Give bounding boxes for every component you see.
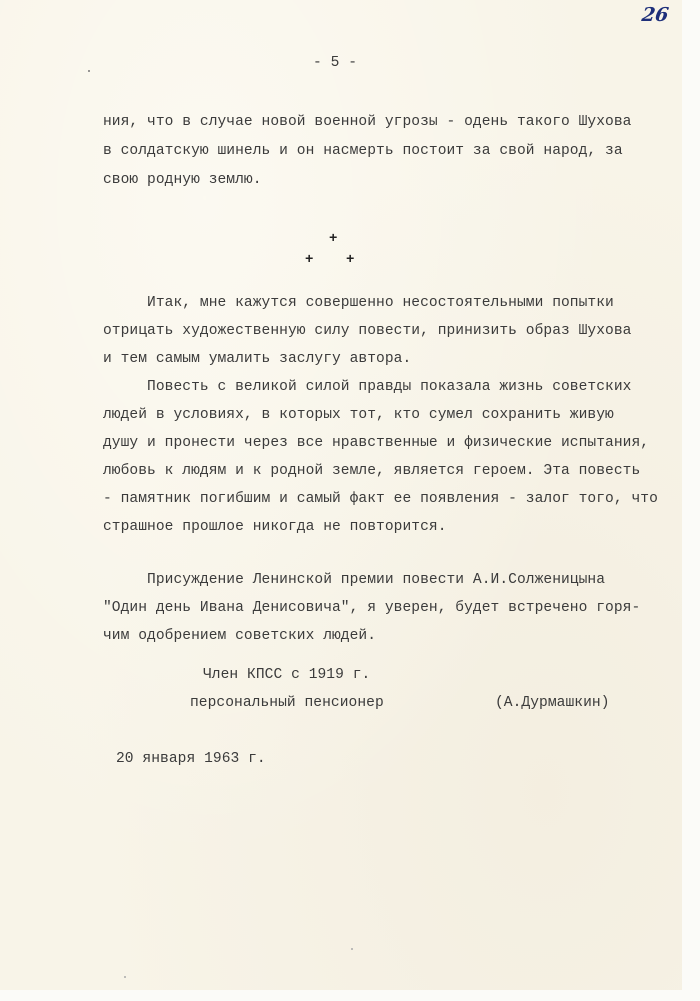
text-line: Итак, мне кажутся совершенно несостоятел… <box>103 294 614 312</box>
paper-speck <box>351 948 353 950</box>
signature-name: (А.Дурмашкин) <box>495 694 610 712</box>
paper-speck <box>88 70 90 72</box>
text-line: людей в условиях, в которых тот, кто сум… <box>103 406 614 424</box>
signature-title: персональный пенсионер <box>190 694 384 712</box>
text-line: свою родную землю. <box>103 171 262 189</box>
text-line: душу и пронести через все нравственные и… <box>103 434 649 452</box>
text-line: страшное прошлое никогда не повторится. <box>103 518 447 536</box>
document-page: 26 - 5 - ния, что в случае новой военной… <box>0 0 682 990</box>
text-line: "Один день Ивана Денисовича", я уверен, … <box>103 599 640 617</box>
paper-speck <box>124 976 126 978</box>
separator-mark: + <box>329 231 337 247</box>
page-number: - 5 - <box>313 54 357 72</box>
text-line: в солдатскую шинель и он насмерть постои… <box>103 142 623 160</box>
text-line: любовь к людям и к родной земле, являетс… <box>103 462 640 480</box>
text-line: Повесть с великой силой правды показала … <box>103 378 631 396</box>
separator-mark: + <box>305 252 313 268</box>
text-line: - памятник погибшим и самый факт ее появ… <box>103 490 658 508</box>
document-date: 20 января 1963 г. <box>116 750 266 768</box>
archive-page-number: 26 <box>640 4 670 26</box>
text-line: ния, что в случае новой военной угрозы -… <box>103 113 631 131</box>
text-line: и тем самым умалить заслугу автора. <box>103 350 411 368</box>
text-line: Присуждение Ленинской премии повести А.И… <box>103 571 605 589</box>
separator-mark: + <box>346 252 354 268</box>
signature-membership: Член КПСС с 1919 г. <box>203 666 370 684</box>
text-line: отрицать художественную силу повести, пр… <box>103 322 631 340</box>
text-line: чим одобрением советских людей. <box>103 627 376 645</box>
